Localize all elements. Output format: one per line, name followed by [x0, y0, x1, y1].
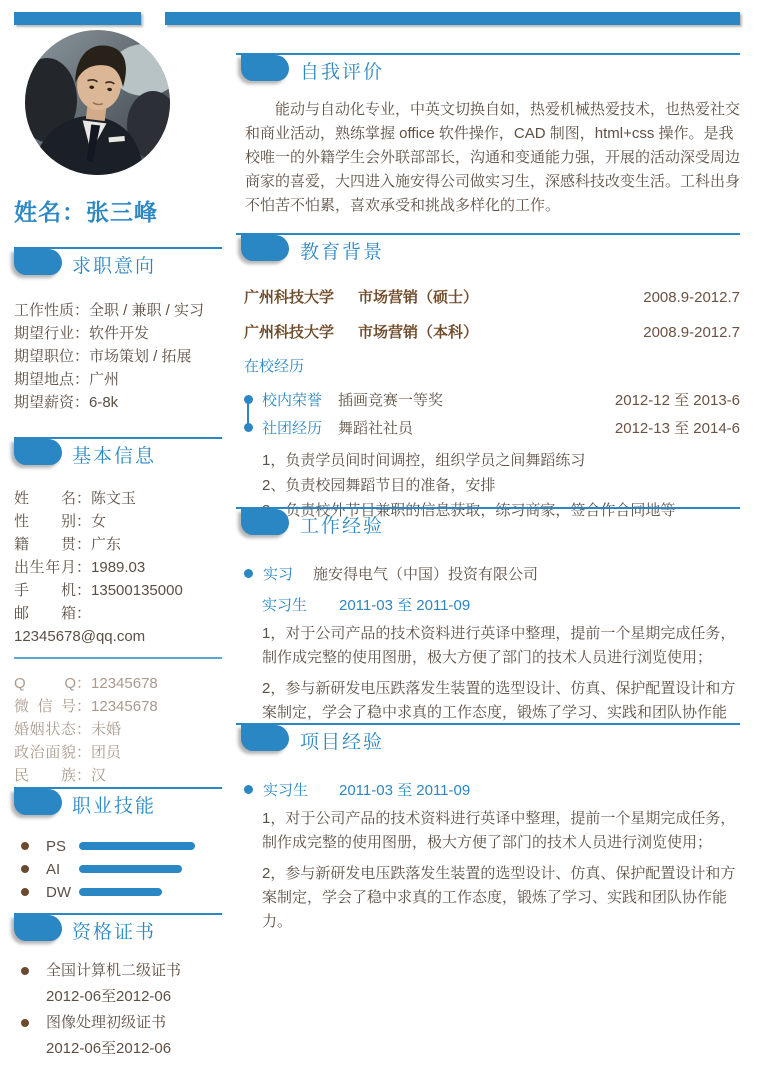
- name-line: 姓名：张三峰: [14, 194, 158, 227]
- section-skills: 职业技能 PS AI DW: [14, 787, 222, 908]
- certificate-list: 全国计算机二级证书 2012-06至2012-06 图像处理初级证书 2012-…: [14, 961, 222, 1061]
- timeline-row: 校内荣誉 插画竞赛一等奖 2012-12 至 2013-6: [236, 385, 740, 413]
- bullet-dot-icon: [21, 967, 29, 975]
- section-title: 求职意向: [72, 251, 156, 278]
- bullet-dot-icon: [21, 842, 29, 850]
- section-header: 项目经验: [236, 723, 740, 755]
- timeline-connector: [247, 398, 249, 427]
- portrait-illustration: [25, 30, 170, 175]
- info-row: 出生年月：1989.03: [14, 556, 222, 579]
- timeline-tag: 社团经历: [262, 417, 338, 438]
- section-certificates: 资格证书 全国计算机二级证书 2012-06至2012-06 图像处理初级证书 …: [14, 913, 222, 1065]
- degree-period: 2008.9-2012.7: [643, 324, 740, 341]
- job-intent-item: 工作性质：全职 / 兼职 / 实习: [14, 299, 222, 322]
- certificate-item: 全国计算机二级证书 2012-06至2012-06: [14, 961, 222, 1009]
- skill-row: PS: [14, 839, 222, 853]
- certificate-period: 2012-06至2012-06: [46, 987, 181, 1007]
- job-intent-item: 期望职位：市场策划 / 拓展: [14, 345, 222, 368]
- company-name: 施安得电气（中国）投资有限公司: [313, 563, 538, 584]
- top-accent-bar-left: [14, 12, 141, 25]
- job-intent-item: 期望薪资：6-8k: [14, 391, 222, 414]
- bullet-dot-icon: [21, 865, 29, 873]
- certificate-period: 2012-06至2012-06: [46, 1039, 171, 1059]
- campus-experience-subtitle: 在校经历: [236, 355, 740, 376]
- bullet-dot-icon: [244, 569, 253, 578]
- section-header: 工作经验: [236, 507, 740, 539]
- divider-line: [14, 657, 222, 659]
- project-detail: 1，对于公司产品的技术资料进行英译中整理，提前一个星期完成任务，制作成完整的使用…: [236, 807, 740, 855]
- certificate-name: 图像处理初级证书: [46, 1013, 171, 1033]
- basic-info-primary: 姓 名：陈文玉 性 别：女 籍 贯：广东 出生年月：1989.03 手 机：13…: [14, 487, 222, 787]
- profile-photo: [25, 30, 170, 175]
- timeline-row: 社团经历 舞蹈社社员 2012-13 至 2014-6: [236, 413, 740, 441]
- work-period: 2011-03 至 2011-09: [339, 594, 470, 615]
- project-detail: 2，参与新研发电压跌落发生装置的选型设计、仿真、保护配置设计和方案制定，学会了稳…: [236, 862, 740, 934]
- job-intent-item: 期望地点：广州: [14, 368, 222, 391]
- skill-level-bar: [79, 888, 162, 896]
- skill-row: AI: [14, 862, 222, 876]
- timeline-desc: 舞蹈社社员: [338, 417, 413, 438]
- degree-row: 广州科技大学 市场营销（硕士） 2008.9-2012.7: [236, 286, 740, 307]
- section-header: 求职意向: [14, 247, 222, 279]
- info-row: 婚姻状态：未婚: [14, 718, 222, 741]
- section-project-experience: 项目经验 实习生 2011-03 至 2011-09 1，对于公司产品的技术资料…: [236, 723, 740, 934]
- info-row: 微 信 号：12345678: [14, 695, 222, 718]
- major-name: 市场营销（硕士）: [358, 286, 643, 307]
- section-title: 项目经验: [300, 727, 384, 754]
- section-title: 工作经验: [300, 511, 384, 538]
- work-detail: 1，对于公司产品的技术资料进行英译中整理，提前一个星期完成任务，制作成完整的使用…: [236, 622, 740, 670]
- section-title: 资格证书: [72, 917, 156, 944]
- timeline-period: 2012-12 至 2013-6: [615, 389, 740, 410]
- timeline-desc: 插画竞赛一等奖: [338, 389, 443, 410]
- project-period: 2011-03 至 2011-09: [339, 779, 470, 800]
- basic-info-secondary: Q Q：12345678 微 信 号：12345678 婚姻状态：未婚 政治面貌…: [14, 672, 222, 787]
- certificate-name: 全国计算机二级证书: [46, 961, 181, 981]
- skill-level-bar: [79, 842, 195, 850]
- info-row: 政治面貌：团员: [14, 741, 222, 764]
- work-type-tag: 实习: [263, 563, 293, 584]
- job-intent-list: 工作性质：全职 / 兼职 / 实习 期望行业：软件开发 期望职位：市场策划 / …: [14, 299, 222, 414]
- section-header: 基本信息: [14, 437, 222, 469]
- skill-list: PS AI DW: [14, 839, 222, 899]
- role-name: 实习生: [263, 779, 339, 800]
- section-title: 基本信息: [72, 441, 156, 468]
- timeline-period: 2012-13 至 2014-6: [615, 417, 740, 438]
- section-blob: [14, 789, 62, 815]
- work-header-row: 实习 施安得电气（中国）投资有限公司: [236, 563, 740, 584]
- section-blob: [241, 235, 289, 261]
- section-title: 教育背景: [300, 237, 384, 264]
- campus-timeline: 校内荣誉 插画竞赛一等奖 2012-12 至 2013-6 社团经历 舞蹈社社员…: [236, 385, 740, 441]
- project-header-row: 实习生 2011-03 至 2011-09: [236, 779, 740, 800]
- work-role-row: 实习生 2011-03 至 2011-09: [236, 594, 740, 615]
- section-header: 职业技能: [14, 787, 222, 819]
- timeline-tag: 校内荣誉: [262, 389, 338, 410]
- duty-item: 2、负责校园舞蹈节目的准备，安排: [236, 473, 740, 498]
- info-row: 籍 贯：广东: [14, 533, 222, 556]
- degree-row: 广州科技大学 市场营销（本科） 2008.9-2012.7: [236, 321, 740, 342]
- degree-period: 2008.9-2012.7: [643, 289, 740, 306]
- section-work-experience: 工作经验 实习 施安得电气（中国）投资有限公司 实习生 2011-03 至 20…: [236, 507, 740, 749]
- info-row: 手 机：13500135000: [14, 579, 222, 602]
- section-blob: [14, 439, 62, 465]
- info-row: 姓 名：陈文玉: [14, 487, 222, 510]
- info-row: 邮 箱：12345678@qq.com: [14, 602, 222, 648]
- school-name: 广州科技大学: [244, 286, 358, 307]
- school-name: 广州科技大学: [244, 321, 358, 342]
- bullet-dot-icon: [21, 1019, 29, 1027]
- section-self-evaluation: 自我评价 能动与自动化专业，中英文切换自如，热爱机械热爱技术，也热爱社交和商业活…: [236, 53, 740, 218]
- skill-row: DW: [14, 885, 222, 899]
- info-row: Q Q：12345678: [14, 672, 222, 695]
- section-header: 自我评价: [236, 53, 740, 85]
- duty-item: 1，负责学员间时间调控，组织学员之间舞蹈练习: [236, 448, 740, 473]
- self-evaluation-text: 能动与自动化专业，中英文切换自如，热爱机械热爱技术，也热爱社交和商业活动，熟练掌…: [236, 98, 740, 218]
- section-blob: [241, 55, 289, 81]
- top-accent-bar-right: [165, 12, 740, 25]
- section-title: 职业技能: [72, 791, 156, 818]
- section-blob: [14, 249, 62, 275]
- bullet-dot-icon: [21, 888, 29, 896]
- section-job-intent: 求职意向 工作性质：全职 / 兼职 / 实习 期望行业：软件开发 期望职位：市场…: [14, 247, 222, 414]
- major-name: 市场营销（本科）: [358, 321, 643, 342]
- job-intent-item: 期望行业：软件开发: [14, 322, 222, 345]
- section-blob: [241, 725, 289, 751]
- section-header: 资格证书: [14, 913, 222, 945]
- section-title: 自我评价: [300, 57, 384, 84]
- role-name: 实习生: [262, 594, 339, 615]
- section-blob: [14, 915, 62, 941]
- section-basic-info: 基本信息 姓 名：陈文玉 性 别：女 籍 贯：广东 出生年月：1989.03 手…: [14, 437, 222, 787]
- section-education: 教育背景 广州科技大学 市场营销（硕士） 2008.9-2012.7 广州科技大…: [236, 233, 740, 523]
- info-row: 性 别：女: [14, 510, 222, 533]
- section-header: 教育背景: [236, 233, 740, 265]
- section-blob: [241, 509, 289, 535]
- bullet-dot-icon: [244, 785, 253, 794]
- certificate-item: 图像处理初级证书 2012-06至2012-06: [14, 1013, 222, 1061]
- skill-level-bar: [79, 865, 182, 873]
- info-row: 民 族：汉: [14, 764, 222, 787]
